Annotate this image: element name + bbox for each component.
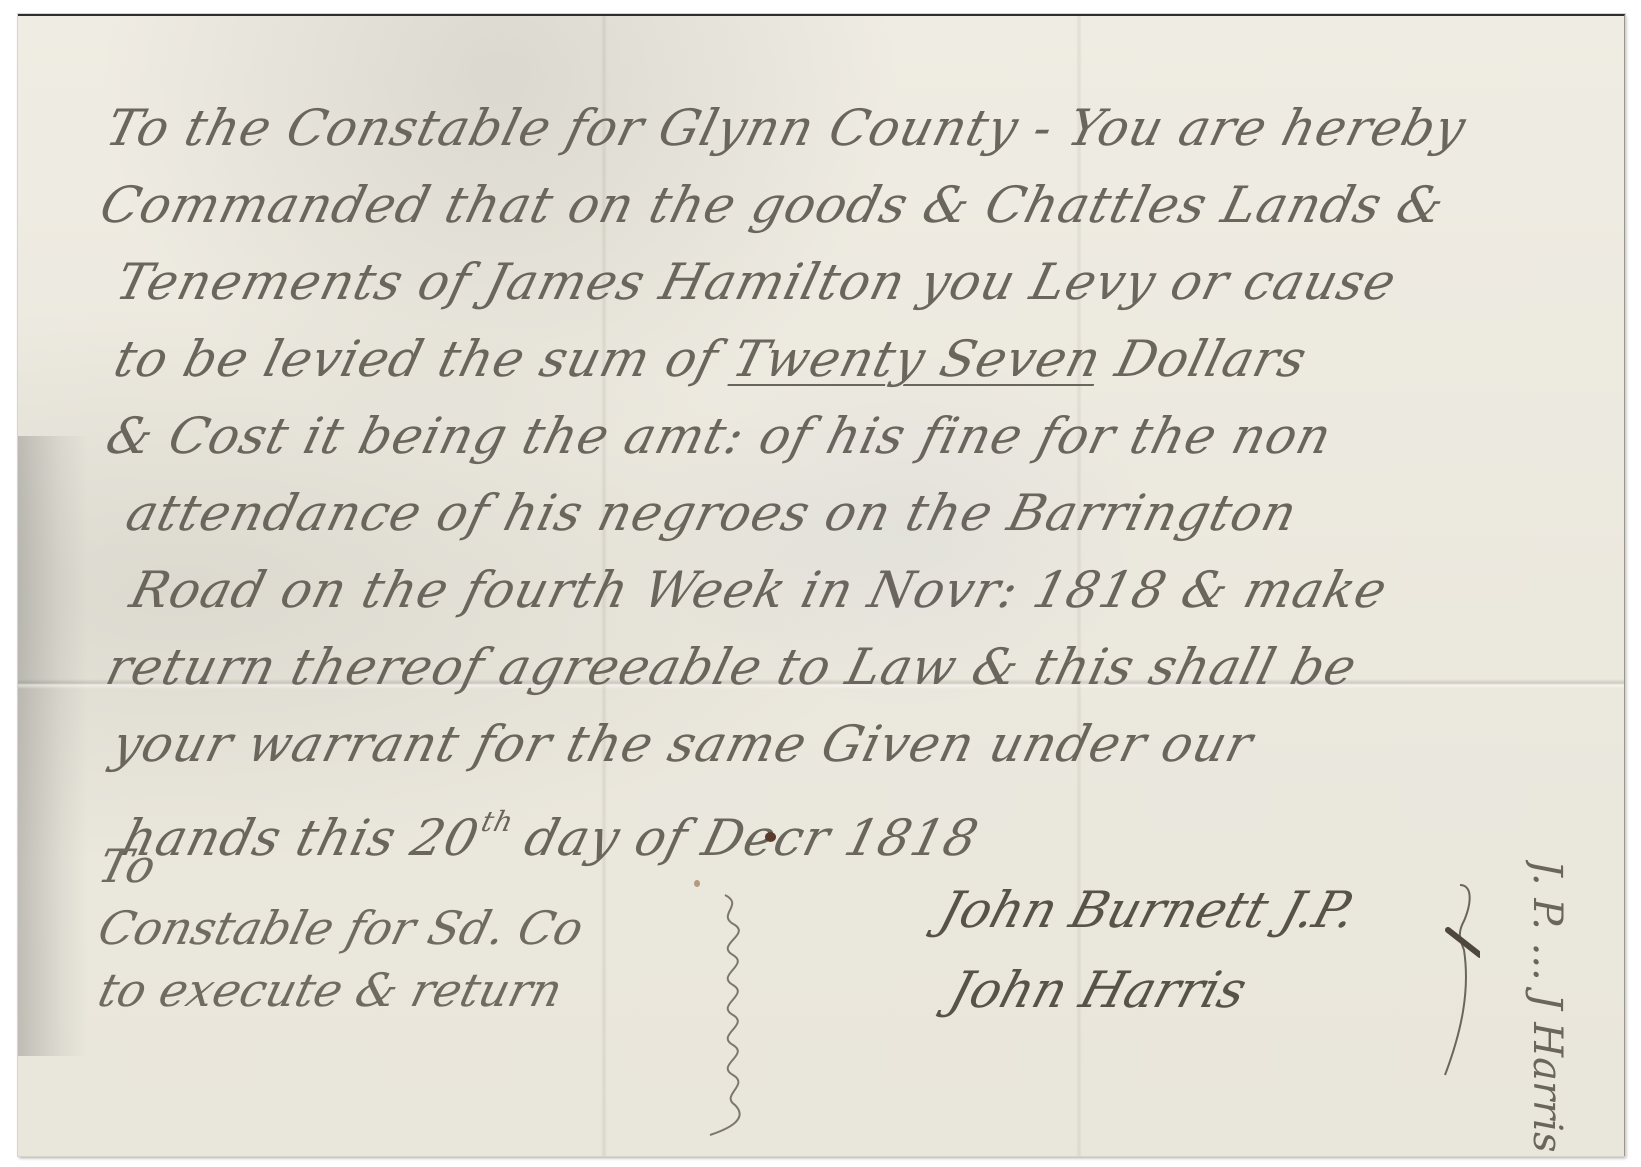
body-line-1: To the Constable for Glynn County - You … <box>98 90 1587 167</box>
address-line-2: Constable for Sd. Co <box>92 897 590 959</box>
warrant-body: To the Constable for Glynn County - You … <box>98 90 1568 877</box>
squiggle-mark-icon <box>705 890 755 1140</box>
address-block: To Constable for Sd. Co to execute & ret… <box>92 835 574 1021</box>
margin-note: J. P. ... J Harris <box>1510 860 1570 1160</box>
body-line-4: to be levied the sum of Twenty Seven Dol… <box>106 321 1587 398</box>
ink-blot <box>765 832 776 842</box>
signature-1: John Burnett J.P. <box>930 870 1366 950</box>
body-line-7: Road on the fourth Week in Novr: 1818 & … <box>122 552 1587 629</box>
ink-spot <box>694 880 700 887</box>
address-line-1: To <box>92 835 590 897</box>
signature-block: John Burnett J.P. John Harris <box>930 870 1343 1030</box>
body-line-8: return thereof agreeable to Law & this s… <box>98 629 1587 706</box>
body-line-5: & Cost it being the amt: of his fine for… <box>98 398 1587 475</box>
brace-mark-icon <box>1440 880 1480 1080</box>
address-line-3: to execute & return <box>92 959 590 1021</box>
signature-2: John Harris <box>940 950 1366 1030</box>
water-stain <box>18 436 88 1056</box>
amount-text: Twenty Seven <box>727 330 1108 388</box>
body-line-4-text: to be levied the sum of <box>108 330 724 388</box>
body-line-3: Tenements of James Hamilton you Levy or … <box>108 244 1587 321</box>
body-line-6: attendance of his negroes on the Barring… <box>118 475 1587 552</box>
body-line-2: Commanded that on the goods & Chattles L… <box>92 167 1587 244</box>
body-line-9: your warrant for the same Given under ou… <box>104 706 1587 783</box>
amount-suffix: Dollars <box>1093 330 1313 388</box>
